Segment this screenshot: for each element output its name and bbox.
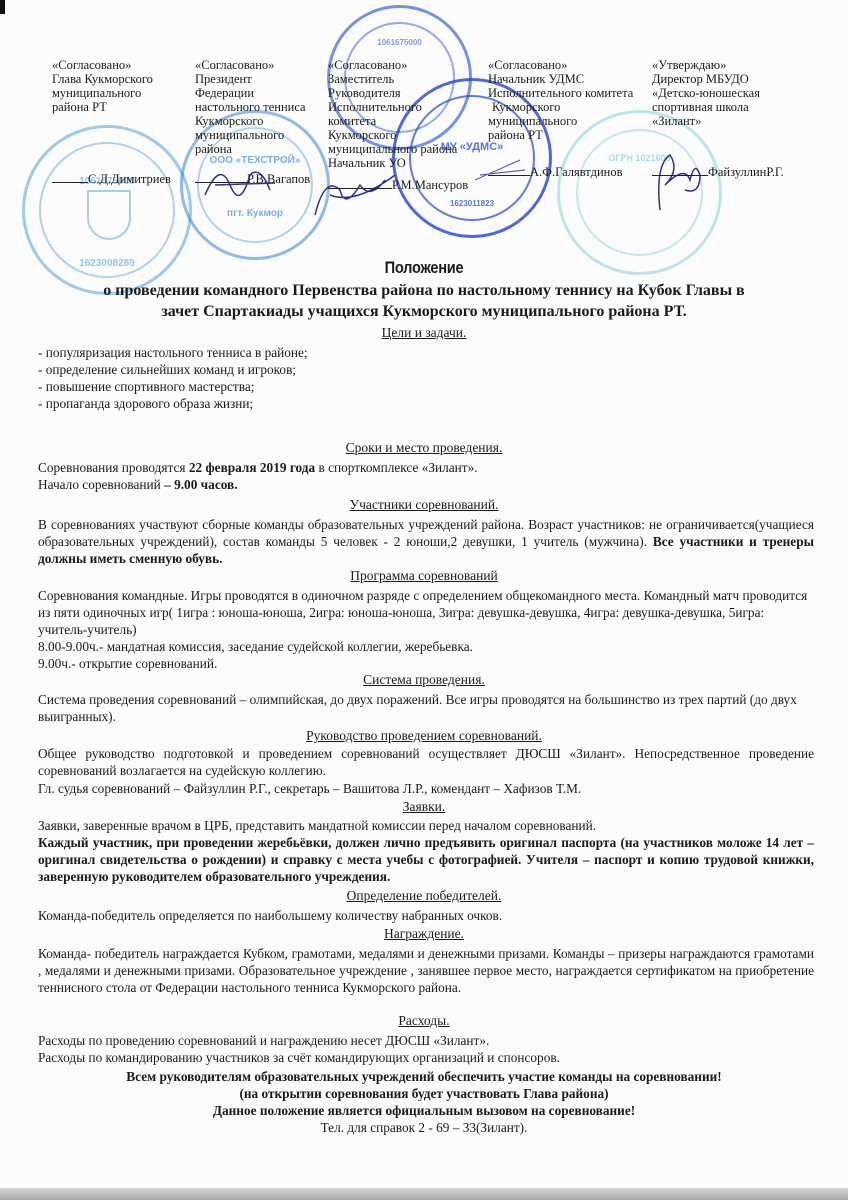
officials-text: Гл. судья соревнований – Файзуллин Р.Г.,… xyxy=(38,780,814,797)
approval-position: Начальник УО xyxy=(328,156,457,170)
approval-position: муниципального района xyxy=(328,142,457,156)
approval-school-director: «Утверждаю» Директор МБУДО «Детско-юноше… xyxy=(652,58,760,128)
section-heading-winners: Определение победителей. xyxy=(0,888,848,904)
section-heading-system: Система проведения. xyxy=(0,672,848,688)
signer-name: А.Ф.Галявтдинов xyxy=(530,165,623,179)
dates-venue: в спорткомплексе «Зилант». xyxy=(315,460,477,475)
stamp-city: пгт. Кукмор xyxy=(183,208,327,219)
system-text: Система проведения соревнований – олимпи… xyxy=(38,691,814,725)
document-subtitle-line2: зачет Спартакиады учащихся Кукморского м… xyxy=(0,303,848,321)
approval-position: Начальник УДМС xyxy=(488,72,633,86)
applications-requirements: Каждый участник, при проведении жеребьёв… xyxy=(38,834,814,885)
goal-item: - повышение спортивного мастерства; xyxy=(38,378,814,395)
approval-deputy-head: «Согласовано» Заместитель Руководителя И… xyxy=(328,58,457,170)
approval-position: Кукморского xyxy=(195,114,306,128)
competition-date: 22 февраля 2019 года xyxy=(189,460,315,475)
schedule-item: 9.00ч.- открытие соревнований. xyxy=(38,655,814,672)
start-time-label: Начало соревнований xyxy=(38,477,164,492)
approval-position: Заместитель xyxy=(328,72,457,86)
approval-position: Исполнительного комитета xyxy=(488,86,633,100)
signer-line-vagapov: Р.В.Вагапов xyxy=(195,172,310,186)
expense-item: Расходы по командированию участников за … xyxy=(38,1049,814,1066)
winners-text: Команда-победитель определяется по наибо… xyxy=(38,907,814,924)
stamp-code: 1061675000 xyxy=(330,38,469,47)
approval-label: «Утверждаю» xyxy=(652,58,760,72)
start-time: – 9.00 часов. xyxy=(164,477,237,492)
section-heading-participants: Участники соревнований. xyxy=(0,497,848,513)
signature-line xyxy=(488,175,530,176)
signature-line xyxy=(652,175,708,176)
closing-official-invite: Данное положение является официальным вы… xyxy=(213,1103,635,1118)
approval-position: Руководителя xyxy=(328,86,457,100)
signature-line xyxy=(52,182,88,183)
approval-position: комитета xyxy=(328,114,457,128)
approval-label: «Согласовано» xyxy=(52,58,153,72)
approval-udms-head: «Согласовано» Начальник УДМС Исполнитель… xyxy=(488,58,633,142)
approval-position: района РТ xyxy=(52,100,153,114)
program-body: Соревнования командные. Игры проводятся … xyxy=(38,587,814,638)
goal-item: - определение сильнейших команд и игроко… xyxy=(38,361,814,378)
approval-position: Президент xyxy=(195,72,306,86)
approval-position: «Детско-юношеская xyxy=(652,86,760,100)
approval-label: «Согласовано» xyxy=(195,58,306,72)
management-text: Общее руководство подготовкой и проведен… xyxy=(38,745,814,779)
approval-position: Директор МБУДО xyxy=(652,72,760,86)
approval-label: «Согласовано» xyxy=(488,58,633,72)
scan-edge-mark xyxy=(0,0,5,14)
section-heading-expenses: Расходы. xyxy=(0,1013,848,1029)
signer-name: Р.М.Мансуров xyxy=(392,178,468,192)
expenses-list: Расходы по проведению соревнований и наг… xyxy=(38,1032,814,1066)
signer-line-dimitriev: С.Д.Димитриев xyxy=(52,172,171,186)
approval-position: района РТ xyxy=(488,128,633,142)
schedule-item: 8.00-9.00ч.- мандатная комиссия, заседан… xyxy=(38,638,814,655)
applications-text: Заявки, заверенные врачом в ЦРБ, предста… xyxy=(38,817,814,834)
expense-item: Расходы по проведению соревнований и наг… xyxy=(38,1032,814,1049)
signer-line-mansurov: Р.М.Мансуров xyxy=(328,178,468,192)
section-heading-management: Руководство проведением соревнований. xyxy=(0,728,848,744)
document-page: 1061675000 1623008289 ООО «ТЕХСТРОЙ» пгт… xyxy=(0,0,848,1200)
stamp-udms-code: 1623011823 xyxy=(395,199,549,208)
contact-phone: Тел. для справок 2 - 69 – 33(Зилант). xyxy=(0,1119,848,1136)
closing-block: Всем руководителям образовательных учреж… xyxy=(0,1068,848,1136)
approval-federation-president: «Согласовано» Президент Федерации настол… xyxy=(195,58,306,156)
approval-position: Федерации xyxy=(195,86,306,100)
signature-line xyxy=(328,188,392,189)
document-title: Положение xyxy=(59,258,788,278)
participants-text: В соревнованиях участвуют сборные команд… xyxy=(38,516,814,567)
approval-position: Кукморского xyxy=(328,128,457,142)
dates-text: Соревнования проводятся 22 февраля 2019 … xyxy=(38,459,814,493)
closing-note: (на открытии соревнования будет участвов… xyxy=(239,1086,608,1101)
dates-text-pre: Соревнования проводятся xyxy=(38,460,189,475)
signer-name: С.Д.Димитриев xyxy=(88,172,171,186)
program-text: Соревнования командные. Игры проводятся … xyxy=(38,587,814,672)
approval-position: Кукморского xyxy=(488,100,633,114)
signature-line xyxy=(195,182,247,183)
approval-position: «Зилант» xyxy=(652,114,760,128)
approvals-header: «Согласовано» Глава Кукморского муниципа… xyxy=(0,58,848,198)
signer-line-galyavtdinov: А.Ф.Галявтдинов xyxy=(488,165,623,179)
documents-requirement: Каждый участник, при проведении жеребьёв… xyxy=(38,835,814,884)
approval-position: муниципального xyxy=(195,128,306,142)
goal-item: - популяризация настольного тенниса в ра… xyxy=(38,344,814,361)
goal-item: - пропаганда здорового образа жизни; xyxy=(38,395,814,412)
approval-position: Глава Кукморского xyxy=(52,72,153,86)
signer-line-faizullin: ФайзуллинР.Г. xyxy=(652,165,784,179)
section-heading-dates: Сроки и место проведения. xyxy=(0,440,848,456)
document-subtitle-line1: о проведении командного Первенства район… xyxy=(0,282,848,300)
awards-text: Команда- победитель награждается Кубком,… xyxy=(38,945,814,996)
section-heading-awards: Награждение. xyxy=(0,926,848,942)
goals-list: - популяризация настольного тенниса в ра… xyxy=(38,344,814,412)
approval-position: района xyxy=(195,142,306,156)
section-heading-applications: Заявки. xyxy=(0,799,848,815)
approval-district-head: «Согласовано» Глава Кукморского муниципа… xyxy=(52,58,153,114)
signer-name: ФайзуллинР.Г. xyxy=(708,165,784,179)
closing-call-to-action: Всем руководителям образовательных учреж… xyxy=(126,1069,721,1084)
scan-bottom-edge xyxy=(0,1188,848,1200)
signer-name: Р.В.Вагапов xyxy=(247,172,310,186)
approval-label: «Согласовано» xyxy=(328,58,457,72)
approval-position: муниципального xyxy=(488,114,633,128)
approval-position: настольного тенниса xyxy=(195,100,306,114)
section-heading-goals: Цели и задачи. xyxy=(0,325,848,341)
approval-position: Исполнительного xyxy=(328,100,457,114)
section-heading-program: Программа соревнований xyxy=(0,568,848,584)
approval-position: муниципального xyxy=(52,86,153,100)
approval-position: спортивная школа xyxy=(652,100,760,114)
